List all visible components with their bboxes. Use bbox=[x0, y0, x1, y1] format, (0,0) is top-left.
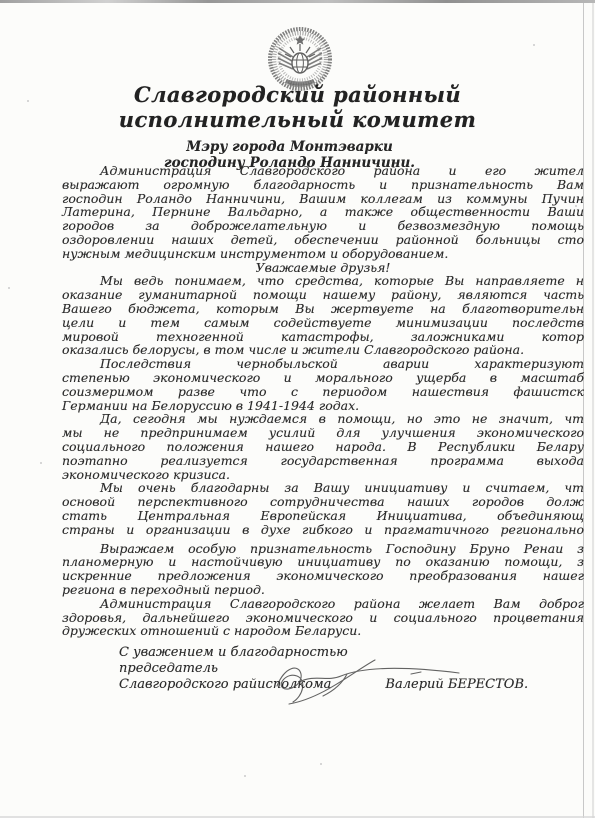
org-title: Славгородский районный исполнительный ко… bbox=[0, 82, 595, 132]
body-paragraph: Да, сегодня мы нуждаемся в помощи, но эт… bbox=[62, 412, 584, 481]
body-paragraph: Мы очень благодарны за Вашу инициативу и… bbox=[62, 481, 584, 536]
scan-speck bbox=[320, 763, 322, 765]
org-title-line1: Славгородский районный bbox=[0, 82, 595, 107]
body-line: степенью экономического и морального уще… bbox=[62, 371, 584, 385]
body-paragraph: Выражаем особую признательность Господин… bbox=[62, 542, 584, 597]
body-line: оказание гуманитарной помощи нашему райо… bbox=[62, 288, 584, 302]
scan-speck bbox=[8, 287, 10, 289]
recipient-line1: Мэру города Монтэварки bbox=[0, 140, 587, 156]
letter-body: Администрация Славгородского района и ег… bbox=[62, 164, 584, 638]
closing-line-position: председатель bbox=[119, 661, 585, 677]
body-line: экономического кризиса. bbox=[62, 468, 584, 482]
closing-line-committee: Славгородского райисполкома bbox=[119, 677, 331, 693]
scan-edge-top bbox=[0, 0, 595, 3]
body-line: страны и организации в духе гибкого и пр… bbox=[62, 523, 584, 537]
body-line: господин Роландо Нанничини, Вашим коллег… bbox=[62, 192, 584, 206]
scan-speck bbox=[244, 775, 246, 777]
body-paragraph: Мы ведь понимаем, что средства, которые … bbox=[62, 274, 584, 357]
body-line: планомерную и настойчивую инициативу по … bbox=[62, 555, 584, 569]
body-line: здоровья, дальнейшего экономического и с… bbox=[62, 611, 584, 625]
body-line: стать Центральная Европейская Инициатива… bbox=[62, 509, 584, 523]
scanned-letter-page: Славгородский районный исполнительный ко… bbox=[0, 0, 595, 818]
body-line: Администрация Славгородского района и ег… bbox=[62, 164, 584, 178]
scan-speck bbox=[40, 462, 42, 464]
body-line: нужным медицинским инструментом и оборуд… bbox=[62, 247, 584, 261]
body-line: Да, сегодня мы нуждаемся в помощи, но эт… bbox=[62, 412, 584, 426]
body-line: социального положения нашего народа. В Р… bbox=[62, 440, 584, 454]
body-line: Выражаем особую признательность Господин… bbox=[62, 542, 584, 556]
body-paragraph: Последствия чернобыльской аварии характе… bbox=[62, 357, 584, 412]
body-paragraph: Администрация Славгородского района жела… bbox=[62, 597, 584, 638]
body-line: соизмеримом разве что с периодом нашеств… bbox=[62, 385, 584, 399]
signature-row: Славгородского райисполкома Валерий БЕРЕ… bbox=[119, 677, 585, 693]
body-line: Мы очень благодарны за Вашу инициативу и… bbox=[62, 481, 584, 495]
body-line: мировой техногенной катастрофы, заложник… bbox=[62, 330, 584, 344]
body-line: оздоровлении наших детей, обеспечении ра… bbox=[62, 233, 584, 247]
body-line: цели и тем самым содействуете минимизаци… bbox=[62, 316, 584, 330]
body-line: Уважаемые друзья! bbox=[62, 261, 584, 275]
body-line: Вашего бюджета, которым Вы жертвуете на … bbox=[62, 302, 584, 316]
body-paragraph: Администрация Славгородского района и ег… bbox=[62, 164, 584, 261]
body-line: Мы ведь понимаем, что средства, которые … bbox=[62, 274, 584, 288]
body-line: Германии на Белоруссию в 1941-1944 годах… bbox=[62, 399, 584, 413]
body-line: Администрация Славгородского района жела… bbox=[62, 597, 584, 611]
body-line: оказались белорусы, в том числе и жители… bbox=[62, 343, 584, 357]
body-line: выражают огромную благодарность и призна… bbox=[62, 178, 584, 192]
body-line: дружеских отношений с народом Беларуси. bbox=[62, 624, 584, 638]
signer-name: Валерий БЕРЕСТОВ. bbox=[385, 677, 528, 693]
body-line: основой перспективного сотрудничества на… bbox=[62, 495, 584, 509]
body-line: региона в переходный период. bbox=[62, 583, 584, 597]
salutation-paragraph: Уважаемые друзья! bbox=[62, 261, 584, 275]
closing-line-regards: С уважением и благодарностью bbox=[119, 645, 585, 661]
body-line: искренние предложения экономического пре… bbox=[62, 569, 584, 583]
body-line: Последствия чернобыльской аварии характе… bbox=[62, 357, 584, 371]
body-line: городов за доброжелательную и безвозмезд… bbox=[62, 219, 584, 233]
org-title-line2: исполнительный комитет bbox=[0, 107, 595, 132]
body-line: поэтапно реализуется государственная про… bbox=[62, 454, 584, 468]
body-line: мы не предпринимаем усилий для улучшения… bbox=[62, 426, 584, 440]
body-line: Латерина, Пернине Вальдарно, а также общ… bbox=[62, 205, 584, 219]
closing-block: С уважением и благодарностью председател… bbox=[119, 645, 585, 692]
scan-speck bbox=[533, 44, 535, 46]
